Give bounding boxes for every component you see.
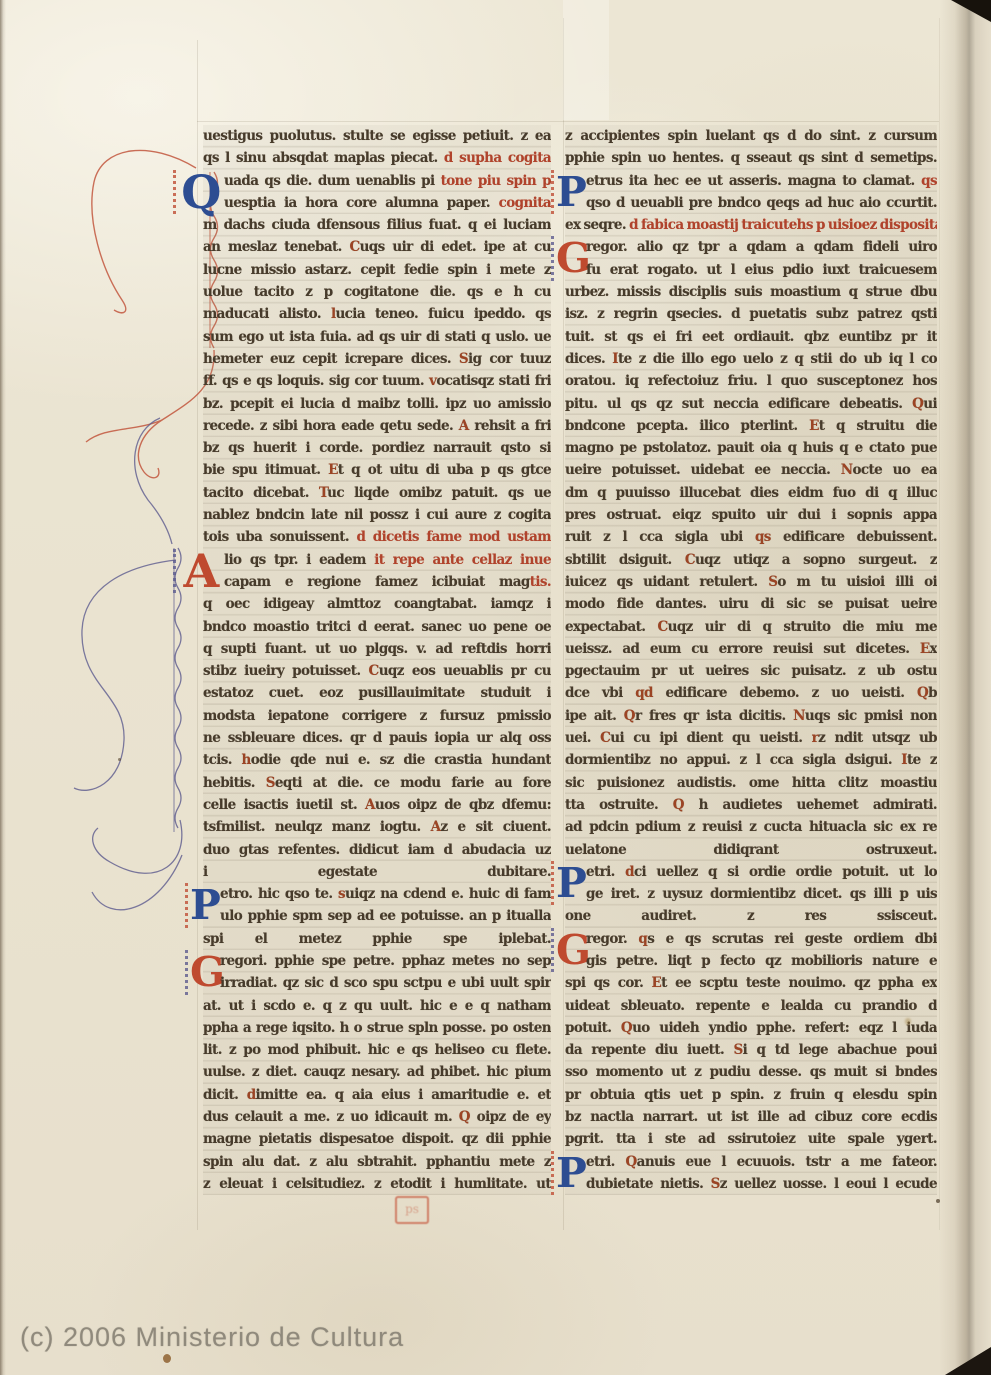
text-line: spi el metez pphie spe iplebat. <box>203 928 551 950</box>
body-text: gis petre. liqt p fecto qz mobilioris na… <box>586 953 937 969</box>
body-text: anuis eue l ecuuois. tstr a me fateor. <box>637 1154 937 1170</box>
text-line: tacito dicebat. Tuc liqde omibz patuit. … <box>203 482 551 504</box>
text-line: da repente diu iuett. Si q td lege abach… <box>565 1039 937 1061</box>
body-text: C <box>369 663 379 679</box>
body-text: E <box>809 418 819 434</box>
body-text: magne pietatis dispesatoe dispoit. qz di… <box>203 1131 551 1147</box>
text-line: bz. pcepit ei lucia d maibz tolli. ipz u… <box>203 393 551 415</box>
body-text: bndco moastio tritci d eerat. sanec uo p… <box>203 619 551 635</box>
body-text: dices. <box>565 351 612 367</box>
body-text: Q <box>917 685 928 701</box>
rubric-text: tone piu spin p <box>441 173 551 189</box>
body-text: ruit z l cca sigla ubi <box>565 529 755 545</box>
text-block: Gregor. alio qz tpr a qdam a qdam fideli… <box>565 236 937 860</box>
body-text: spin alu dat. z alu sbtrahit. pphantiu m… <box>203 1154 551 1170</box>
body-text: imitte ea. q aia eius i amaritudie e. et <box>256 1087 551 1103</box>
body-text: d <box>625 864 634 880</box>
text-line: modo fide dantes. uiru di sic se puisat … <box>565 593 937 615</box>
text-line: uesptia ia hora core alumna paper. cogni… <box>224 192 551 214</box>
text-line: uelatone didiqrant ostruxeut. <box>565 839 937 861</box>
illuminated-initial-G: G <box>551 928 586 973</box>
text-line: estatoz cuet. eoz pusillauimitate studui… <box>203 682 551 704</box>
text-line: spi qs cor. Et ee scptu teste nouimo. qz… <box>565 972 937 994</box>
text-line: lucne missio astarz. cepit fedie spin i … <box>203 259 551 281</box>
text-line: stibz iueiry potuisset. Cuqz eos ueuabli… <box>203 660 551 682</box>
body-text: modsta iepatone corrigere z fursuz pmiss… <box>203 708 551 724</box>
body-text: hemeter euz cepit icrepare dices. <box>203 351 459 367</box>
text-line: fu erat rogato. ut l eius pdio iuxt trai… <box>586 259 937 281</box>
body-text: ci uellez q si ordie ordie potuit. ut lo <box>634 864 937 880</box>
body-text: lucne missio astarz. cepit fedie spin i … <box>203 262 551 278</box>
body-text: duo gtas refentes. didicut iam d abudaci… <box>203 842 551 858</box>
body-text: A <box>431 819 441 835</box>
body-text: ueissz. ad eum cu errore reuisi sut dice… <box>565 641 920 657</box>
body-text: uqz uir di q struito die miu me <box>668 619 937 635</box>
body-text: qs <box>755 529 771 545</box>
text-block: z accipientes spin luelant qs d do sint.… <box>565 125 937 170</box>
text-line: pgrit. tta i ste ad ssirutoiez uite spal… <box>565 1128 937 1150</box>
rubric-text: tis. <box>530 574 551 590</box>
body-text: fu erat rogato. ut l eius pdio iuxt trai… <box>586 262 937 278</box>
body-text: i q td lege abachue poui <box>743 1042 937 1058</box>
text-line: urbez. missis disciplis suis moastium q … <box>565 281 937 303</box>
text-block: Petro. hic qso te. suiqz na cdend e. hui… <box>203 883 551 950</box>
body-text: ucia teneo. fuicu ipeddo. qs <box>335 306 551 322</box>
text-line: ruit z l cca sigla ubi qs edificare debu… <box>565 526 937 548</box>
illuminated-initial-P: P <box>551 861 586 906</box>
body-text: sum ego ut ista fuia. ad qs uir di stati… <box>203 329 551 345</box>
text-line: pitu. ul qs qz sut neccia edificare debe… <box>565 393 937 415</box>
body-text: bie spu itimuat. <box>203 462 328 478</box>
text-line: tcis. hodie qde nui e. sz die crastia hu… <box>203 749 551 771</box>
body-text: d <box>247 1087 256 1103</box>
body-text: bz qs huerit i corde. pordiez narrauit q… <box>203 440 551 456</box>
text-line: isz. z regrin qsecies. d puetatis subz p… <box>565 303 937 325</box>
body-text: uada qs die. dum uenablis pi <box>224 173 441 189</box>
body-text: pr obtuia qtis uet p spin. z fruin q ele… <box>565 1087 937 1103</box>
body-text: oipz de ey <box>470 1109 551 1125</box>
body-text: C <box>685 552 695 568</box>
illuminated-initial-A: A <box>173 549 224 594</box>
text-line: tta ostruite. Q h audietes uehemet admir… <box>565 794 937 816</box>
body-text: ueire potuisset. uidebat ee neccia. <box>565 462 841 478</box>
body-text: qd <box>635 685 653 701</box>
body-text: dus celauit a me. z uo idicauit m. <box>203 1109 459 1125</box>
body-text: ui <box>923 396 937 412</box>
body-text: one audiret. z res ssisceut. <box>565 908 937 924</box>
body-text: z ndit utsqz ub <box>818 730 937 746</box>
text-line: irradiat. qz sic d sco spu sctpu e ubi u… <box>220 972 551 994</box>
text-block: Petrus ita hec ee ut asseris. magna to c… <box>565 170 937 237</box>
text-line: uulse. z diet. cauqz nesary. ad phibet. … <box>203 1061 551 1083</box>
copyright-watermark: (c) 2006 Ministerio de Cultura <box>20 1322 540 1353</box>
text-block: Petri. Qanuis eue l ecuuois. tstr a me f… <box>565 1151 937 1196</box>
body-text: etrus ita hec ee ut asseris. magna to cl… <box>586 173 921 189</box>
text-line: ulo pphie spm sep ad ee potuisse. an p i… <box>220 905 551 927</box>
body-text: E <box>328 462 338 478</box>
rubric-text: qs <box>921 173 937 189</box>
body-text: S <box>459 351 468 367</box>
text-column-right: z accipientes spin luelant qs d do sint.… <box>565 125 937 1195</box>
body-text: da repente diu iuett. <box>565 1042 733 1058</box>
text-line: oratou. iq refectoiuz friu. l quo suscep… <box>565 370 937 392</box>
body-text: an meslaz tenebat. <box>203 239 349 255</box>
body-text: Q <box>621 1020 632 1036</box>
body-text: E <box>651 975 661 991</box>
text-line: sso momento ut z pudiu desse. qs muit si… <box>565 1061 937 1083</box>
body-text: E <box>920 641 930 657</box>
body-text: s e qs scrutas rei geste ordiem dbi <box>647 931 937 947</box>
body-text: odie qde nui e. sz die crastia hundant <box>251 752 551 768</box>
body-text: q <box>638 931 647 947</box>
body-text: qso d ueuabli pre bndco qeqs ad huc aio … <box>586 195 937 211</box>
body-text: ig cor tuuz <box>468 351 551 367</box>
body-text: uiqz na cdend e. huic di fam <box>345 886 551 902</box>
body-text: expectabat. <box>565 619 657 635</box>
body-text: uqs sic pmisi non <box>805 708 937 724</box>
illuminated-initial-G: G <box>185 950 220 995</box>
body-text: C <box>600 730 610 746</box>
ruling-line-horizontal-top <box>197 121 939 122</box>
body-text: tacito dicebat. <box>203 485 319 501</box>
text-line: m dachs ciuda dfensous filius fuat. q ei… <box>203 214 551 236</box>
illuminated-initial-P: P <box>551 1151 586 1196</box>
body-text: pgectauim pr ut ueires sic puisatz. z ub… <box>565 663 937 679</box>
body-text: r fres qr ista dicitis. <box>635 708 793 724</box>
body-text: h <box>242 752 251 768</box>
body-text: dce vbi <box>565 685 635 701</box>
text-line: modsta iepatone corrigere z fursuz pmiss… <box>203 705 551 727</box>
text-line: bndco moastio tritci d eerat. sanec uo p… <box>203 616 551 638</box>
text-line: dus celauit a me. z uo idicauit m. Q oip… <box>203 1106 551 1128</box>
text-line: lio qs tpr. i eadem it repe ante cellaz … <box>224 549 551 571</box>
text-line: spin alu dat. z alu sbtrahit. pphantiu m… <box>203 1151 551 1173</box>
illuminated-initial-G: G <box>551 236 586 281</box>
illuminated-initial-P: P <box>551 170 586 215</box>
body-text: sbtilit dsiguit. <box>565 552 685 568</box>
body-text: ge iret. z uysuz dormientibz dicet. qs i… <box>586 886 937 902</box>
body-text: pres ostruat. eiqz spuito uir dui i sopn… <box>565 507 937 523</box>
body-text: spi el metez pphie spe iplebat. <box>203 931 551 947</box>
body-text: lit. z po mod phibuit. hic e qs heliseo … <box>203 1042 551 1058</box>
blue-penwork-flourish <box>74 418 182 910</box>
text-line: an meslaz tenebat. Cuqs uir di edet. ipe… <box>203 236 551 258</box>
text-line: qs l sinu absqdat maplas piecat. d supha… <box>203 147 551 169</box>
text-line: magno pe pstolatoz. pauit oia q huis q e… <box>565 437 937 459</box>
body-text: x <box>930 641 937 657</box>
body-text: estatoz cuet. eoz pusillauimitate studui… <box>203 685 551 701</box>
body-text: h audietes uehemet admirati. <box>684 797 937 813</box>
body-text: z eleuat i celsitudiez. z etodit i humli… <box>203 1176 551 1192</box>
text-line: ueire potuisset. uidebat ee neccia. Noct… <box>565 459 937 481</box>
body-text: tsfmilist. neulqz manz iogtu. <box>203 819 431 835</box>
text-line: recede. z sibi hora eade qetu sede. A re… <box>203 415 551 437</box>
body-text: spi qs cor. <box>565 975 651 991</box>
body-text: etri. <box>586 1154 626 1170</box>
body-text: hebitis. <box>203 775 266 791</box>
body-text: N <box>793 708 805 724</box>
body-text: S <box>711 1176 720 1192</box>
text-line: q oec idigeay almttoz coangtabat. iamqz … <box>203 593 551 615</box>
text-line: ppha a rege iqsito. h o strue spln posse… <box>203 1017 551 1039</box>
body-text: bz nactla narrart. ut ist ille ad cibuz … <box>565 1109 937 1125</box>
parchment-stain <box>905 1018 911 1025</box>
body-text: uqz eos ueuablis pr cu <box>379 663 551 679</box>
text-line: i egestate dubitare. <box>203 861 551 883</box>
body-text: Q <box>624 708 635 724</box>
text-line: uolue tacito z p cogitatone die. qs e h … <box>203 281 551 303</box>
body-text: capam e regione famez icibuiat mag <box>224 574 530 590</box>
body-text: uos oipz de qbz dfemu: <box>375 797 551 813</box>
body-text: te z <box>907 752 937 768</box>
body-text: rehsit a fri <box>469 418 551 434</box>
rubric-text: cognita <box>499 195 551 211</box>
body-text: oratou. iq refectoiuz friu. l quo suscep… <box>565 373 937 389</box>
body-text: z e sit ciuent. <box>440 819 551 835</box>
body-text: ppha a rege iqsito. h o strue spln posse… <box>203 1020 551 1036</box>
text-line: dicit. dimitte ea. q aia eius i amaritud… <box>203 1084 551 1106</box>
text-line: sum ego ut ista fuia. ad qs uir di stati… <box>203 326 551 348</box>
body-text: uideat sbleuato. repente e lealda cu pra… <box>565 998 937 1014</box>
body-text: Q <box>912 396 923 412</box>
body-text: dubietate nietis. <box>586 1176 711 1192</box>
text-line: nablez bndcin late nil possz i cui aure … <box>203 504 551 526</box>
rubric-text: d dicetis fame mod ustam <box>356 529 551 545</box>
text-line: regor. alio qz tpr a qdam a qdam fideli … <box>586 236 937 258</box>
body-text: t q ot uitu di uba p qs gtce <box>338 462 551 478</box>
text-line: tois uba sonuissent. d dicetis fame mod … <box>203 526 551 548</box>
body-text: uestigus puolutus. stulte se egisse peti… <box>203 128 551 144</box>
text-block: Quada qs die. dum uenablis pi tone piu s… <box>203 170 551 549</box>
body-text: Q <box>626 1154 637 1170</box>
body-text: at. ut i scdo e. q z qu uult. hic e e q … <box>203 998 551 1014</box>
text-line: qso d ueuabli pre bndco qeqs ad huc aio … <box>586 192 937 214</box>
body-text: ui cu ipi dient qu ueisti. <box>610 730 811 746</box>
body-text: lio qs tpr. i eadem <box>224 552 374 568</box>
text-line: dices. Ite z die illo ego uelo z q stii … <box>565 348 937 370</box>
body-text: pphie spin uo hentes. q sseaut qs sint d… <box>565 150 937 166</box>
body-text: celle isactis iuetil st. <box>203 797 365 813</box>
body-text: regor. <box>586 931 638 947</box>
body-text: maducati alisto. <box>203 306 331 322</box>
body-text: tuit. st qs ei fri eet ordiauit. qbz eun… <box>565 329 937 345</box>
body-text: S <box>733 1042 742 1058</box>
body-text: te z die illo ego uelo z q stii do ub iq… <box>618 351 937 367</box>
body-text: t q struitu die <box>819 418 937 434</box>
body-text: modo fide dantes. uiru di sic se puisat … <box>565 596 937 612</box>
body-text: dormientibz no appui. z l cca sigla dsig… <box>565 752 901 768</box>
rubric-text: it repe ante cellaz inue <box>374 552 551 568</box>
body-text: A <box>365 797 375 813</box>
body-text: ff. qs e qs loquis. sig cor tuum. <box>203 373 429 389</box>
parchment-speck <box>118 758 121 761</box>
text-line: one audiret. z res ssisceut. <box>565 905 937 927</box>
body-text: m dachs ciuda dfensous filius fuat. q ei… <box>203 217 551 233</box>
text-line: ff. qs e qs loquis. sig cor tuum. vocati… <box>203 370 551 392</box>
text-line: z accipientes spin luelant qs d do sint.… <box>565 125 937 147</box>
text-line: tuit. st qs ei fri eet ordiauit. qbz eun… <box>565 326 937 348</box>
text-line: ipe ait. Qr fres qr ista dicitis. Nuqs s… <box>565 705 937 727</box>
text-line: bz qs huerit i corde. pordiez narrauit q… <box>203 437 551 459</box>
body-text: Q <box>459 1109 470 1125</box>
text-line: uideat sbleuato. repente e lealda cu pra… <box>565 995 937 1017</box>
body-text: uolue tacito z p cogitatone die. qs e h … <box>203 284 551 300</box>
text-line: pphie spin uo hentes. q sseaut qs sint d… <box>565 147 937 169</box>
text-line: etri. dci uellez q si ordie ordie potuit… <box>586 861 937 883</box>
text-line: tsfmilist. neulqz manz iogtu. Az e sit c… <box>203 816 551 838</box>
body-text: b <box>928 685 937 701</box>
body-text: urbez. missis disciplis suis moastium q … <box>565 284 937 300</box>
body-text: A <box>459 418 469 434</box>
body-text: potuit. <box>565 1020 621 1036</box>
body-text: s <box>338 886 345 902</box>
text-column-left: uestigus puolutus. stulte se egisse peti… <box>203 125 551 1195</box>
body-text: uo uideh yndio pphe. refert: eqz l iuda <box>632 1020 937 1036</box>
body-text: edificare debemo. z uo ueisti. <box>653 685 917 701</box>
body-text: z accipientes spin luelant qs d do sint.… <box>565 128 937 144</box>
text-line: uestigus puolutus. stulte se egisse peti… <box>203 125 551 147</box>
text-line: pres ostruat. eiqz spuito uir dui i sopn… <box>565 504 937 526</box>
text-line: sic puisionez audistis. ome hitta clitz … <box>565 772 937 794</box>
text-line: etri. Qanuis eue l ecuuois. tstr a me fa… <box>586 1151 937 1173</box>
body-text: sso momento ut z pudiu desse. qs muit si… <box>565 1064 937 1080</box>
text-line: ge iret. z uysuz dormientibz dicet. qs i… <box>586 883 937 905</box>
text-line: expectabat. Cuqz uir di q struito die mi… <box>565 616 937 638</box>
text-block: Gregori. pphie spe petre. pphaz metes no… <box>203 950 551 1195</box>
body-text: q oec idigeay almttoz coangtabat. iamqz … <box>203 596 551 612</box>
body-text: regor. alio qz tpr a qdam a qdam fideli … <box>586 239 937 255</box>
text-line: ueissz. ad eum cu errore reuisi sut dice… <box>565 638 937 660</box>
body-text: uc liqde omibz patuit. qs ue <box>327 485 551 501</box>
text-line: iuicez qs uidant retulert. So m tu uisio… <box>565 571 937 593</box>
body-text: ocatisqz stati fri <box>436 373 551 389</box>
body-text: t ee scptu teste nouimo. qz ppha ex <box>661 975 937 991</box>
manuscript-photo: uestigus puolutus. stulte se egisse peti… <box>0 0 991 1375</box>
body-text: ex seqre. <box>565 217 629 233</box>
body-text: ne ssbleuare dices. qr d pauis iopia ur … <box>203 730 551 746</box>
body-text: etro. hic qso te. <box>220 886 338 902</box>
photo-corner-dark-bottom-right <box>945 1347 991 1375</box>
body-text: ipe ait. <box>565 708 624 724</box>
body-text: i egestate dubitare. <box>203 864 551 880</box>
body-text: dicit. <box>203 1087 247 1103</box>
body-text: etri. <box>586 864 625 880</box>
text-line: dce vbi qd edificare debemo. z uo ueisti… <box>565 682 937 704</box>
body-text: o m tu uisioi illi oi <box>777 574 937 590</box>
body-text: C <box>349 239 359 255</box>
text-line: uada qs die. dum uenablis pi tone piu sp… <box>224 170 551 192</box>
text-line: maducati alisto. lucia teneo. fuicu iped… <box>203 303 551 325</box>
text-line: lit. z po mod phibuit. hic e qs heliseo … <box>203 1039 551 1061</box>
body-text: uqz utiqz a sopno surgeut. z <box>695 552 937 568</box>
body-text: uulse. z diet. cauqz nesary. ad phibet. … <box>203 1064 551 1080</box>
text-line: pgectauim pr ut ueires sic puisatz. z ub… <box>565 660 937 682</box>
text-line: ne ssbleuare dices. qr d pauis iopia ur … <box>203 727 551 749</box>
body-text: tois uba sonuissent. <box>203 529 356 545</box>
text-block: uestigus puolutus. stulte se egisse peti… <box>203 125 551 170</box>
text-line: ad pdcin pdium z reuisi z cucta hituacla… <box>565 816 937 838</box>
body-text: bz. pcepit ei lucia d maibz tolli. ipz u… <box>203 396 551 412</box>
text-line: uei. Cui cu ipi dient qu ueisti. rz ndit… <box>565 727 937 749</box>
red-stamp: ps <box>395 1196 429 1224</box>
text-line: z eleuat i celsitudiez. z etodit i humli… <box>203 1173 551 1195</box>
body-text: iuicez qs uidant retulert. <box>565 574 768 590</box>
body-text: uesptia ia hora core alumna paper. <box>224 195 499 211</box>
text-line: gis petre. liqt p fecto qz mobilioris na… <box>586 950 937 972</box>
body-text: Q <box>673 797 684 813</box>
page-right-edge-shadow <box>939 0 991 1375</box>
parchment-tone-patch <box>563 0 609 120</box>
text-line: dubietate nietis. Sz uellez uosse. l eou… <box>586 1173 937 1195</box>
text-line: q supti fuant. ut uo plgqs. v. ad reftdi… <box>203 638 551 660</box>
text-line: magne pietatis dispesatoe dispoit. qz di… <box>203 1128 551 1150</box>
text-line: duo gtas refentes. didicut iam d abudaci… <box>203 839 551 861</box>
text-line: bz nactla narrart. ut ist ille ad cibuz … <box>565 1106 937 1128</box>
text-line: regori. pphie spe petre. pphaz metes no … <box>220 950 551 972</box>
body-text: magno pe pstolatoz. pauit oia q huis q e… <box>565 440 937 456</box>
text-line: etro. hic qso te. suiqz na cdend e. huic… <box>220 883 551 905</box>
body-text: ulo pphie spm sep ad ee potuisse. an p i… <box>220 908 551 924</box>
body-text: T <box>319 485 327 501</box>
photo-corner-dark-top-right <box>951 0 991 22</box>
text-line: hebitis. Seqti at die. ce modu farie au … <box>203 772 551 794</box>
body-text: eqti at die. ce modu farie au fore <box>275 775 551 791</box>
body-text: octe uo ea <box>852 462 937 478</box>
body-text: C <box>657 619 667 635</box>
body-text: pgrit. tta i ste ad ssirutoiez uite spal… <box>565 1131 937 1147</box>
body-text: tta ostruite. <box>565 797 673 813</box>
text-line: dm q puuisso illucebat dies eidm fuo di … <box>565 482 937 504</box>
body-text: isz. z regrin qsecies. d puetatis subz p… <box>565 306 937 322</box>
rubric-text: d supha cogita <box>444 150 551 166</box>
text-line: ex seqre. d fabica moastij traicutehs p … <box>565 214 937 236</box>
illuminated-initial-Q: Q <box>173 170 224 215</box>
body-text: recede. z sibi hora eade qetu sede. <box>203 418 459 434</box>
text-block: Petri. dci uellez q si ordie ordie potui… <box>565 861 937 928</box>
body-text: sic puisionez audistis. ome hitta clitz … <box>565 775 937 791</box>
text-line: bndcone pcepta. ilico pterlint. Et q str… <box>565 415 937 437</box>
text-line: bie spu itimuat. Et q ot uitu di uba p q… <box>203 459 551 481</box>
page-left-edge-shadow <box>0 0 6 1375</box>
body-text: dm q puuisso illucebat dies eidm fuo di … <box>565 485 937 501</box>
body-text: bndcone pcepta. ilico pterlint. <box>565 418 809 434</box>
body-text: pitu. ul qs qz sut neccia edificare debe… <box>565 396 912 412</box>
text-line: capam e regione famez icibuiat magtis. <box>224 571 551 593</box>
parchment-stain <box>163 1354 171 1363</box>
body-text: nablez bndcin late nil possz i cui aure … <box>203 507 551 523</box>
body-text: irradiat. qz sic d sco spu sctpu e ubi u… <box>220 975 551 991</box>
illuminated-initial-P: P <box>185 883 220 928</box>
body-text: ad pdcin pdium z reuisi z cucta hituacla… <box>565 819 937 835</box>
body-text: q supti fuant. ut uo plgqs. v. ad reftdi… <box>203 641 551 657</box>
text-line: potuit. Quo uideh yndio pphe. refert: eq… <box>565 1017 937 1039</box>
body-text: uqs uir di edet. ipe at cu <box>360 239 551 255</box>
rubric-text: d fabica moastij traicutehs p uisioez di… <box>629 217 937 233</box>
text-block: Alio qs tpr. i eadem it repe ante cellaz… <box>203 549 551 883</box>
text-line: celle isactis iuetil st. Auos oipz de qb… <box>203 794 551 816</box>
text-line: regor. qs e qs scrutas rei geste ordiem … <box>586 928 937 950</box>
text-line: etrus ita hec ee ut asseris. magna to cl… <box>586 170 937 192</box>
body-text: uelatone didiqrant ostruxeut. <box>565 842 937 858</box>
body-text: S <box>266 775 275 791</box>
body-text: uei. <box>565 730 600 746</box>
body-text: edificare debuissent. <box>771 529 937 545</box>
text-line: at. ut i scdo e. q z qu uult. hic e e q … <box>203 995 551 1017</box>
body-text: regori. pphie spe petre. pphaz metes no … <box>220 953 551 969</box>
text-line: pr obtuia qtis uet p spin. z fruin q ele… <box>565 1084 937 1106</box>
body-text: z uellez uosse. l eoui l ecude <box>720 1176 937 1192</box>
body-text: N <box>841 462 853 478</box>
